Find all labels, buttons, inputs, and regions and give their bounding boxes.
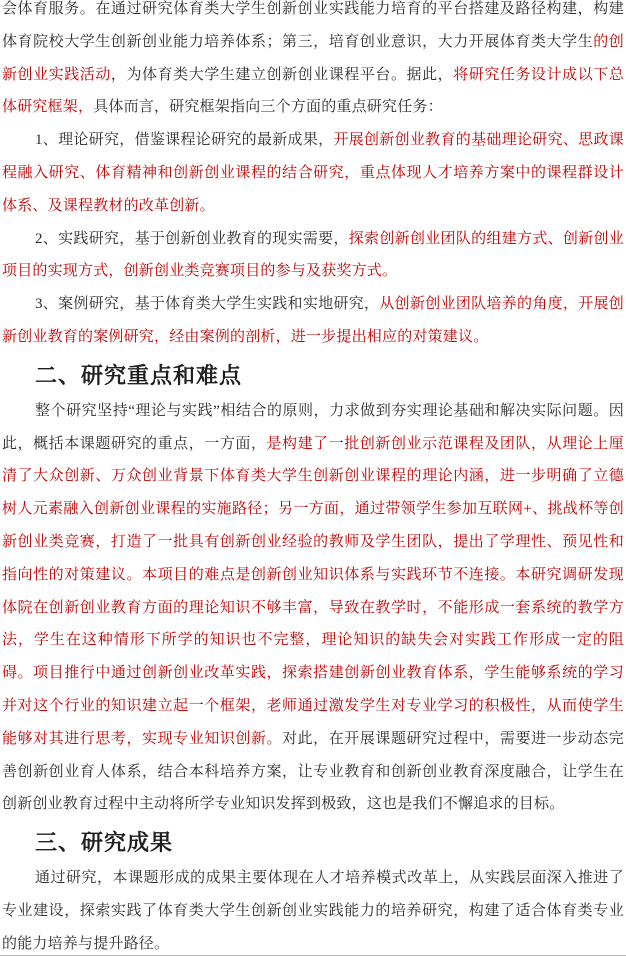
paragraph-case-research: 3、案例研究，基于体育类大学生实践和实地研究，从创新创业团队培养的角度，开展创新… [2, 288, 624, 354]
paragraph-results: 通过研究，本课题形成的成果主要体现在人才培养模式改革上，从实践层面深入推进了专业… [2, 862, 624, 956]
paragraph-focus-difficulty: 整个研究坚持“理论与实践”相结合的原则，力求做到夯实理论基础和解决实际问题。因此… [2, 395, 624, 821]
text-run: 2、实践研究，基于创新创业教育的现实需要， [35, 231, 349, 247]
text-run: 具体而言，研究框架指向三个方面的重点研究任务： [93, 99, 443, 115]
document-page: 会体育服务。在通过研究体育类大学生创新创业实践能力培育的平台搭建及路径构建，构建… [0, 0, 626, 956]
section-heading-focus: 二、研究重点和难点 [2, 360, 624, 392]
section-heading-results: 三、研究成果 [2, 827, 624, 859]
text-run: 会体育服务。在通过研究体育类大学生创新创业实践能力培育的平台搭建及路径构建，构建… [2, 1, 624, 50]
paragraph-continuation: 会体育服务。在通过研究体育类大学生创新创业实践能力培育的平台搭建及路径构建，构建… [2, 0, 624, 124]
text-run: 通过研究，本课题形成的成果主要体现在人才培养模式改革上，从实践层面深入推进了专业… [2, 870, 624, 952]
text-run: 1、理论研究，借鉴课程论研究的最新成果， [35, 132, 333, 148]
paragraph-practice-research: 2、实践研究，基于创新创业教育的现实需要，探索创新创业团队的组建方式、创新创业项… [2, 223, 624, 289]
paragraph-theory-research: 1、理论研究，借鉴课程论研究的最新成果，开展创新创业教育的基础理论研究、思政课程… [2, 124, 624, 222]
document-body: 会体育服务。在通过研究体育类大学生创新创业实践能力培育的平台搭建及路径构建，构建… [0, 0, 626, 956]
text-run-red: 是构建了一批创新创业示范课程及团队，从理论上厘清了大众创新、万众创业背景下体育类… [2, 436, 624, 747]
text-run: ，为体育类大学生建立创新创业课程平台。据此， [111, 67, 453, 83]
text-run: 3、案例研究，基于体育类大学生实践和实地研究， [35, 296, 379, 312]
